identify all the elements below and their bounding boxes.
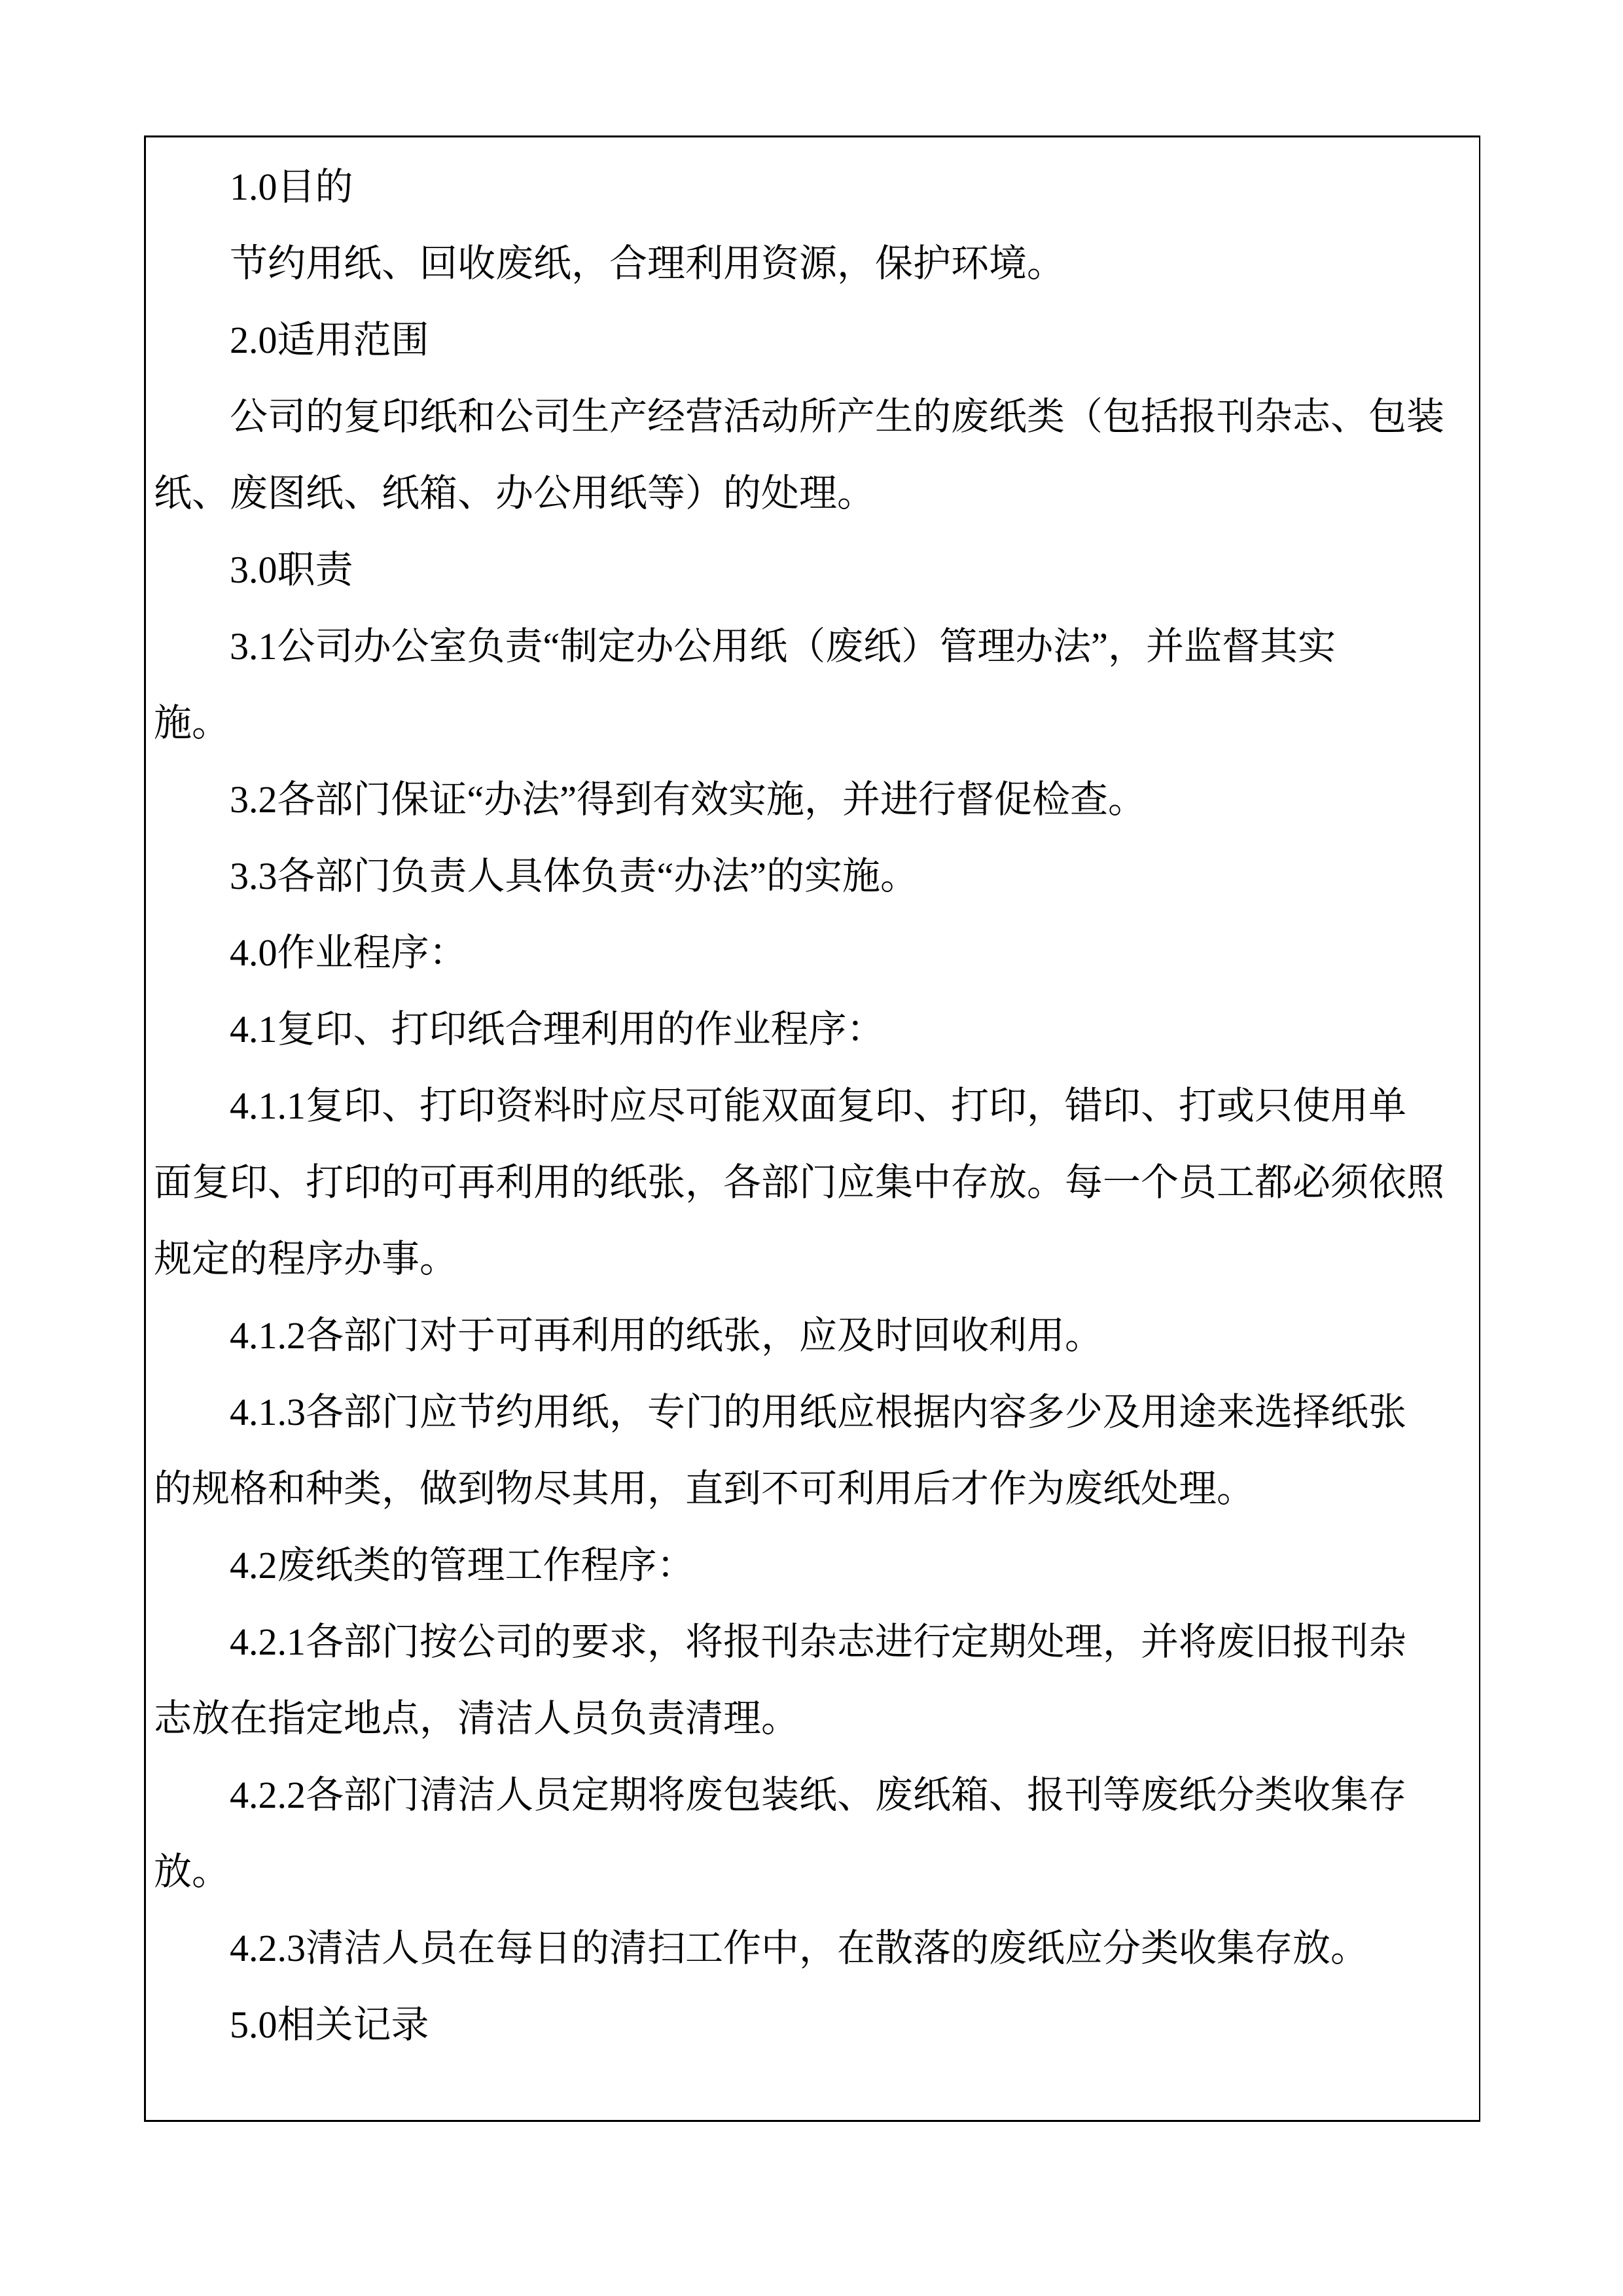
text-line: 1.0目的: [154, 149, 1474, 225]
document-page: 1.0目的节约用纸、回收废纸，合理利用资源，保护环境。2.0适用范围公司的复印纸…: [0, 0, 1623, 2296]
text-line: 节约用纸、回收废纸，合理利用资源，保护环境。: [154, 225, 1474, 302]
text-line: 4.2.1各部门按公司的要求，将报刊杂志进行定期处理，并将废旧报刊杂: [154, 1604, 1474, 1680]
text-line: 3.3各部门负责人具体负责“办法”的实施。: [154, 838, 1474, 914]
document-table-border: 1.0目的节约用纸、回收废纸，合理利用资源，保护环境。2.0适用范围公司的复印纸…: [144, 135, 1480, 2122]
text-line: 5.0相关记录: [154, 1986, 1474, 2063]
text-line: 面复印、打印的可再利用的纸张，各部门应集中存放。每一个员工都必须依照: [154, 1144, 1474, 1221]
text-line: 的规格和种类，做到物尽其用，直到不可利用后才作为废纸处理。: [154, 1450, 1474, 1527]
text-line: 纸、废图纸、纸箱、办公用纸等）的处理。: [154, 455, 1474, 531]
text-line: 4.2废纸类的管理工作程序：: [154, 1527, 1474, 1604]
text-line: 3.0职责: [154, 531, 1474, 608]
text-line: 3.1公司办公室负责“制定办公用纸（废纸）管理办法”，并监督其实: [154, 608, 1474, 685]
text-line: 放。: [154, 1833, 1474, 1910]
text-line: 4.2.2各部门清洁人员定期将废包装纸、废纸箱、报刊等废纸分类收集存: [154, 1757, 1474, 1833]
text-line: 4.1.1复印、打印资料时应尽可能双面复印、打印，错印、打或只使用单: [154, 1067, 1474, 1144]
text-line: 2.0适用范围: [154, 302, 1474, 378]
text-line: 施。: [154, 685, 1474, 761]
text-line: 4.1复印、打印纸合理利用的作业程序：: [154, 991, 1474, 1067]
text-line: 4.1.3各部门应节约用纸，专门的用纸应根据内容多少及用途来选择纸张: [154, 1374, 1474, 1450]
text-line: 4.0作业程序：: [154, 914, 1474, 991]
text-line: 志放在指定地点，清洁人员负责清理。: [154, 1680, 1474, 1757]
text-line: 3.2各部门保证“办法”得到有效实施，并进行督促检查。: [154, 761, 1474, 838]
text-line: 4.2.3清洁人员在每日的清扫工作中，在散落的废纸应分类收集存放。: [154, 1910, 1474, 1986]
text-line: 4.1.2各部门对于可再利用的纸张，应及时回收利用。: [154, 1297, 1474, 1374]
document-text-area: 1.0目的节约用纸、回收废纸，合理利用资源，保护环境。2.0适用范围公司的复印纸…: [154, 149, 1474, 2115]
text-line: 规定的程序办事。: [154, 1221, 1474, 1297]
text-line: 公司的复印纸和公司生产经营活动所产生的废纸类（包括报刊杂志、包装: [154, 378, 1474, 455]
